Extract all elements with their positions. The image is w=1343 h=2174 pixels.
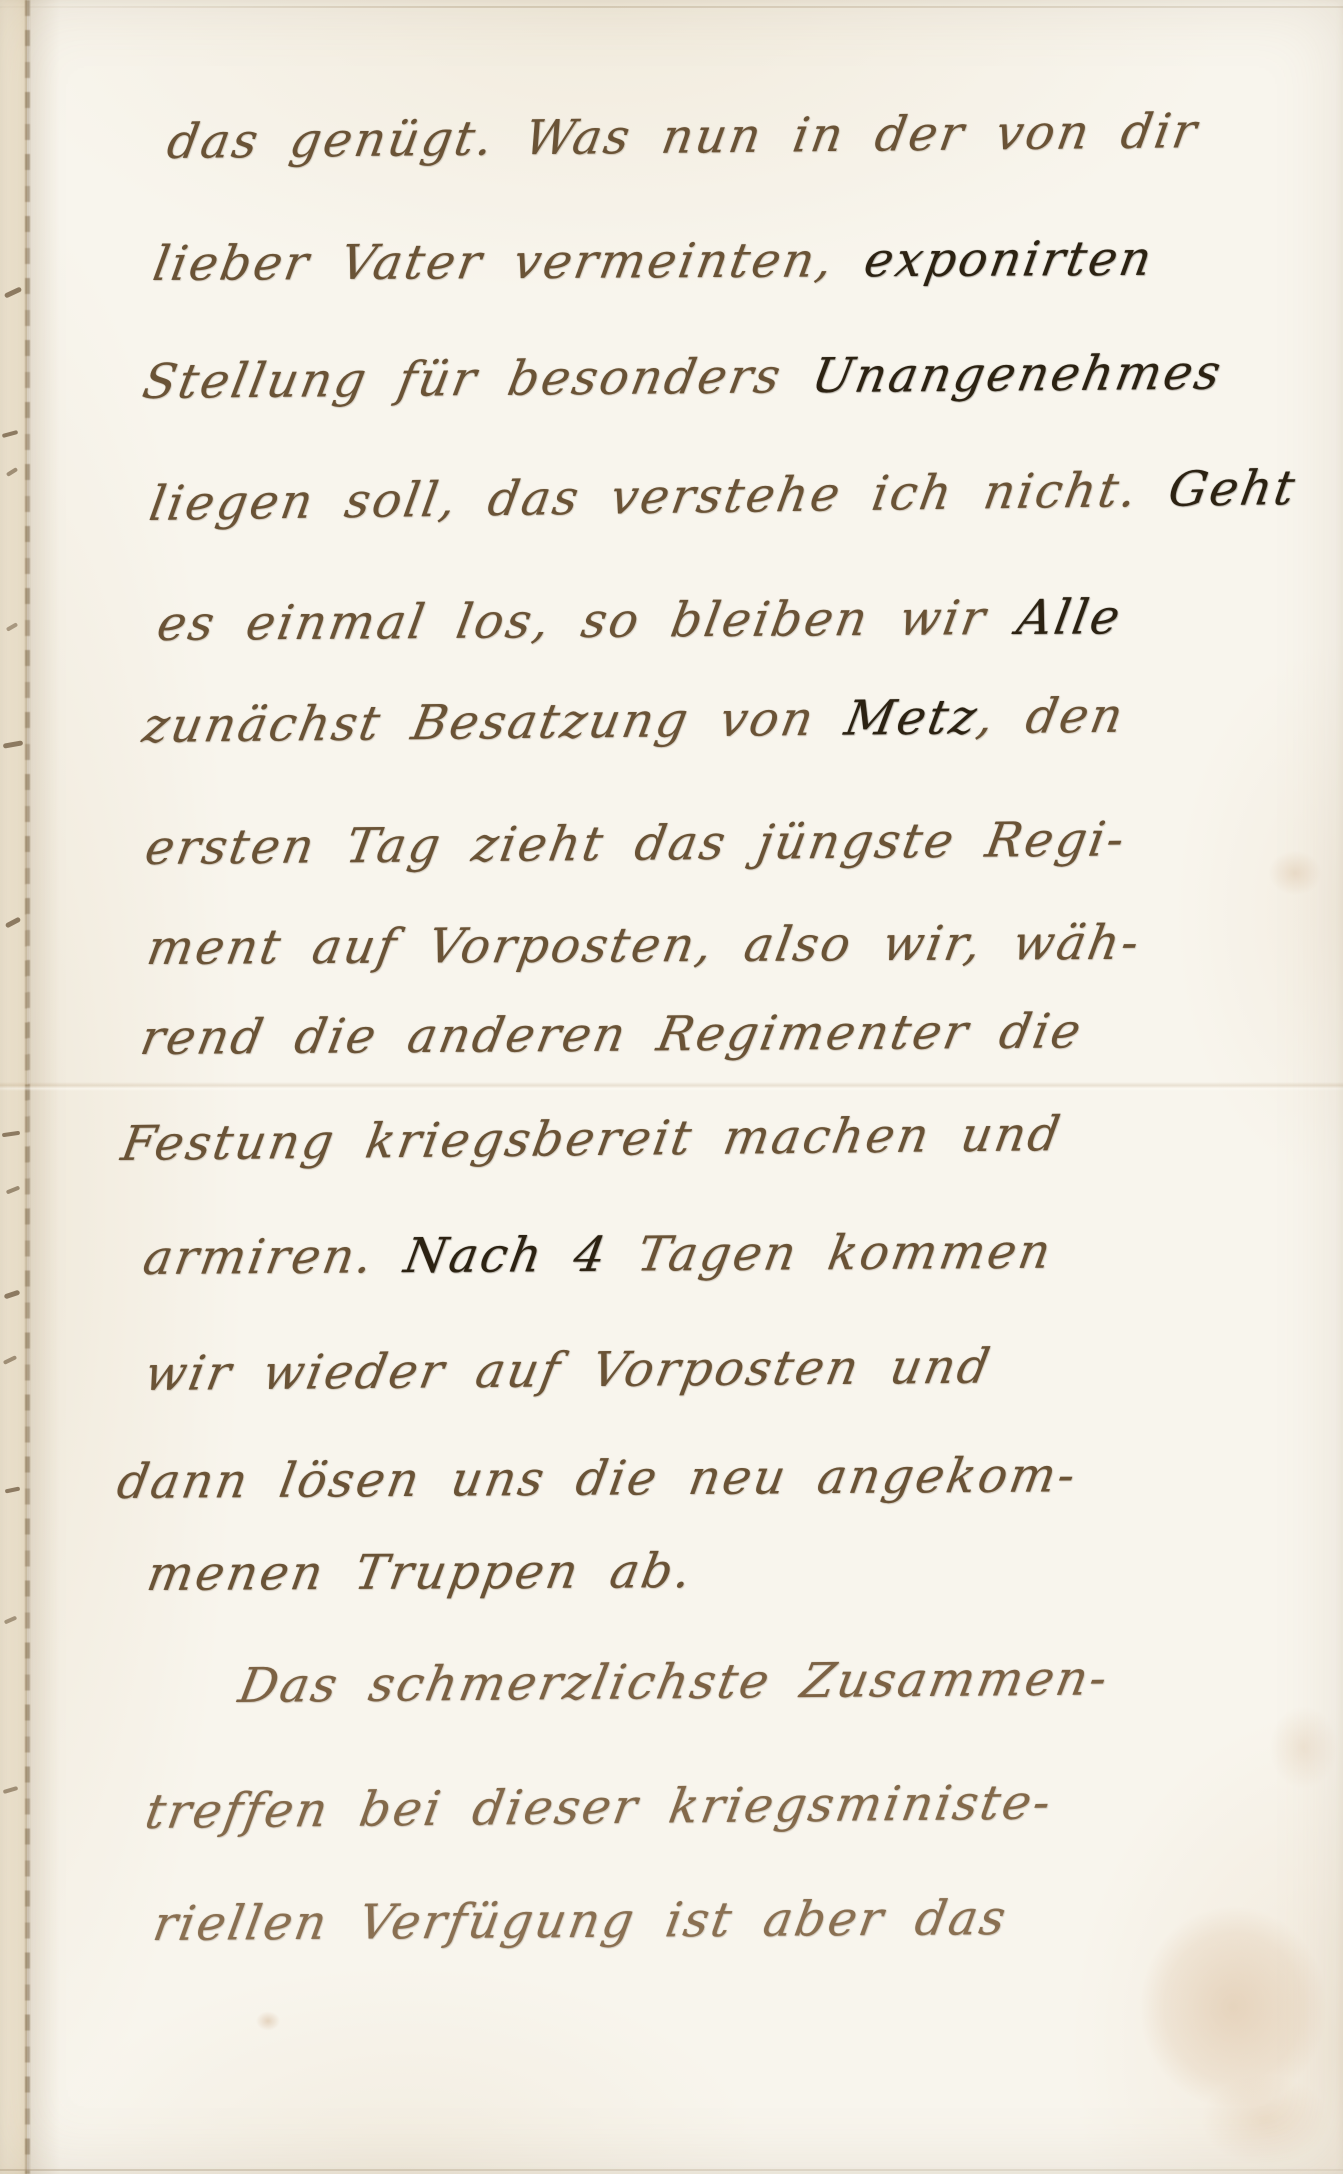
handwritten-line: treffen bei dieser kriegsministe-	[142, 1779, 1056, 1836]
line-segment-reinked: exponirten	[860, 231, 1158, 289]
line-segment: Stellung für besonders	[138, 348, 818, 410]
handwritten-line: wir wieder auf Vorposten und	[141, 1343, 995, 1398]
handwritten-line: es einmal los, so bleiben wir Alle	[154, 593, 1126, 648]
line-segment: es einmal los, so bleiben wir	[153, 590, 1022, 652]
line-segment: Tagen kommen	[603, 1224, 1057, 1283]
line-segment-reinked: Geht	[1165, 460, 1301, 518]
handwritten-line: zunächst Besatzung von Metz, den	[139, 692, 1129, 750]
line-segment: riellen Verfügung ist aber das	[149, 1890, 1012, 1952]
line-segment-reinked: Metz	[841, 689, 984, 746]
line-segment: treffen bei dieser kriegsministe-	[141, 1775, 1056, 1840]
handwritten-line: Das schmerzlichste Zusammen-	[235, 1654, 1113, 1710]
handwritten-line: riellen Verfügung ist aber das	[150, 1894, 1011, 1948]
line-segment: rend die anderen Regimenter die	[136, 1003, 1087, 1066]
handwritten-line: lieber Vater vermeinten, exponirten	[150, 235, 1158, 288]
line-segment-reinked: Nach 4	[400, 1227, 612, 1284]
line-segment-reinked: Unangenehmes	[807, 345, 1227, 405]
line-segment: zunächst Besatzung von	[138, 691, 850, 754]
letter-scan-page: das genügt. Was nun in der von dir liebe…	[0, 0, 1343, 2174]
line-segment: armiren.	[139, 1228, 410, 1286]
handwritten-line: menen Truppen ab.	[144, 1547, 697, 1598]
handwritten-line: dann lösen uns die neu angekom-	[114, 1451, 1081, 1506]
line-segment: das genügt. Was nun in der von dir	[163, 103, 1203, 170]
line-segment: lieber Vater vermeinten,	[149, 232, 870, 292]
handwritten-line: rend die anderen Regimenter die	[137, 1007, 1087, 1062]
handwritten-line: liegen soll, das verstehe ich nicht. Geh…	[146, 464, 1300, 528]
handwritten-line: das genügt. Was nun in der von dir	[164, 107, 1202, 166]
handwritten-line: ment auf Vorposten, also wir, wäh-	[144, 919, 1145, 972]
handwritten-line: Festung kriegsbereit machen und	[118, 1110, 1066, 1168]
line-segment: menen Truppen ab.	[143, 1543, 697, 1602]
letter-text-block: das genügt. Was nun in der von dir liebe…	[0, 0, 1343, 2174]
line-segment: liegen soll, das verstehe ich nicht.	[146, 462, 1174, 532]
handwritten-line: armiren. Nach 4 Tagen kommen	[140, 1228, 1056, 1282]
line-segment: wir wieder auf Vorposten und	[140, 1339, 996, 1402]
line-segment-reinked: Alle	[1013, 589, 1126, 646]
line-segment: Das schmerzlichste Zusammen-	[234, 1650, 1114, 1714]
line-segment: dann lösen uns die neu angekom-	[113, 1447, 1081, 1510]
handwritten-line: ersten Tag zieht das jüngste Regi-	[142, 815, 1130, 872]
line-segment: ersten Tag zieht das jüngste Regi-	[141, 811, 1130, 876]
line-segment: , den	[973, 688, 1130, 746]
line-segment: Festung kriegsbereit machen und	[117, 1106, 1066, 1172]
handwritten-line: Stellung für besonders Unangenehmes	[139, 349, 1227, 406]
line-segment: ment auf Vorposten, also wir, wäh-	[143, 915, 1145, 976]
